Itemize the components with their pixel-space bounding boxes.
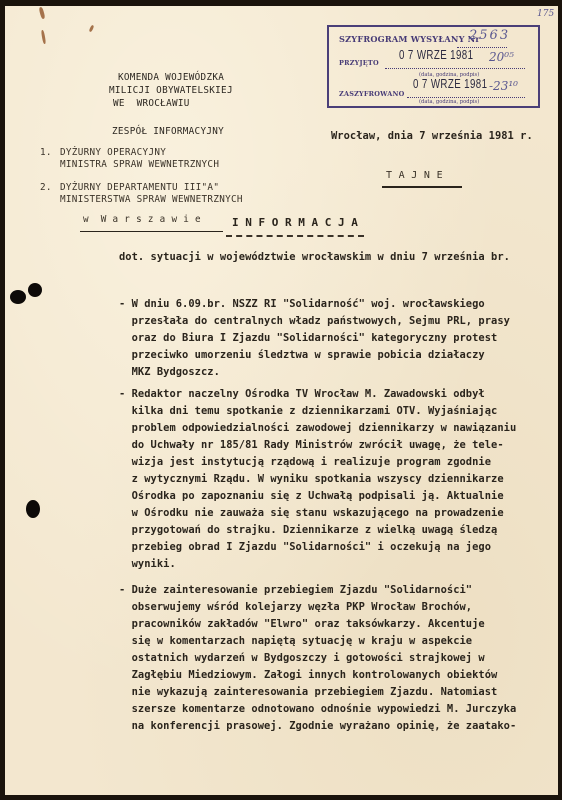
- recipient-2-number: 2.: [40, 182, 52, 193]
- document-title: I N F O R M A C J A: [232, 216, 358, 229]
- recipient-1-number: 1.: [40, 147, 52, 158]
- paragraph-line: z wytycznymi Rządu. W wyniku spotkania w…: [119, 473, 504, 485]
- paragraph-line: ostatnich wydarzeń w Bydgoszczy i gotowo…: [119, 652, 485, 664]
- received-time: 20⁰⁵: [489, 50, 514, 64]
- encrypted-date: 0 7 WRZE 1981: [413, 77, 487, 91]
- encrypted-label: ZASZYFROWANO: [339, 90, 404, 98]
- paragraph-line: do Uchwały nr 185/81 Rady Ministrów zwró…: [119, 439, 504, 451]
- classification: T A J N E: [386, 170, 443, 181]
- recipient-1-line2: MINISTRA SPRAW WEWNETRZNYCH: [60, 159, 219, 170]
- paragraph-line: - Duże zainteresowanie przebiegiem Zjazd…: [119, 584, 472, 596]
- punch-hole: [10, 290, 26, 304]
- encrypted-caption: (data, godzina, podpis): [419, 99, 479, 105]
- paragraph-line: przesłała do centralnych władz państwowy…: [119, 315, 510, 327]
- paragraph-line: obserwujemy wśród kolejarzy węzła PKP Wr…: [119, 601, 472, 613]
- received-label: PRZYJĘTO: [339, 59, 379, 67]
- classification-underline: [382, 186, 462, 188]
- punch-hole: [26, 500, 40, 518]
- cipher-stamp: SZYFROGRAM WYSYŁANY Nr 2563 PRZYJĘTO 0 7…: [327, 25, 540, 108]
- paragraph-line: przebieg obrad I Zjazdu "Solidarności" i…: [119, 541, 491, 553]
- document-subject: dot. sytuacji w województwie wrocławskim…: [119, 251, 510, 263]
- recipient-2-line1: DYŻURNY DEPARTAMENTU III"A": [60, 182, 219, 193]
- unit-name: ZESPÓŁ INFORMACYJNY: [112, 126, 224, 137]
- stamp-corner-note: 175: [537, 9, 554, 19]
- paragraph-line: problem odpowiedzialności zawodowej dzie…: [119, 422, 516, 434]
- received-line: [385, 68, 525, 69]
- org-name-line2: MILICJI OBYWATELSKIEJ: [109, 85, 233, 96]
- paragraph-line: kilka dni temu spotkanie z dziennikarzam…: [119, 405, 497, 417]
- paragraph-line: przeciwko umorzeniu śledztwa w sprawie p…: [119, 349, 485, 361]
- paragraph-line: - Redaktor naczelny Ośrodka TV Wrocław M…: [119, 388, 485, 400]
- paragraph-line: się w komentarzach napiętą sytuację w kr…: [119, 635, 472, 647]
- stamp-title: SZYFROGRAM WYSYŁANY Nr: [339, 34, 480, 44]
- place-and-date: Wrocław, dnia 7 września 1981 r.: [331, 130, 533, 142]
- encrypted-line: [407, 97, 525, 98]
- paragraph-line: pracowników zakładów "Elwro" oraz taksów…: [119, 618, 485, 630]
- paragraph-line: Ośrodka po zapoznaniu się z Uchwałą podp…: [119, 490, 504, 502]
- paper-stain: [89, 25, 95, 33]
- paragraph-line: wizja jest instytucją rządową i realizuj…: [119, 456, 491, 468]
- paragraph-line: oraz do Biura I Zjazdu "Solidarności" ka…: [119, 332, 497, 344]
- stamp-number: 2563: [469, 28, 510, 43]
- paragraph-line: MKZ Bydgoszcz.: [119, 366, 220, 378]
- received-date: 0 7 WRZE 1981: [399, 48, 473, 62]
- title-double-underline: [226, 235, 364, 237]
- punch-hole: [28, 283, 42, 297]
- encrypted-time: -23¹⁰: [489, 79, 518, 93]
- recipient-2-line2: MINISTERSTWA SPRAW WEWNETRZNYCH: [60, 194, 243, 205]
- paper-stain: [39, 7, 46, 20]
- paragraph-line: w Ośrodku nie zauważa się stanu wskazują…: [119, 507, 504, 519]
- city-underline: [80, 231, 223, 232]
- document-page: SZYFROGRAM WYSYŁANY Nr 2563 PRZYJĘTO 0 7…: [5, 6, 558, 795]
- recipient-city: w W a r s z a w i e: [83, 214, 201, 225]
- paragraph-line: - W dniu 6.09.br. NSZZ RI "Solidarność" …: [119, 298, 485, 310]
- paragraph-line: nie wykazują zainteresowania przebiegiem…: [119, 686, 497, 698]
- org-name-line3: WE WROCŁAWIU: [113, 98, 190, 109]
- paragraph-line: wyniki.: [119, 558, 176, 570]
- paper-stain: [41, 30, 46, 44]
- paragraph-line: szersze komentarze odnotowano odnośnie w…: [119, 703, 516, 715]
- paragraph-line: Zagłębiu Miedziowym. Załogi innych kontr…: [119, 669, 497, 681]
- paragraph-line: na konferencji prasowej. Zgodnie wyrażan…: [119, 720, 516, 732]
- org-name-line1: KOMENDA WOJEWÓDZKA: [118, 72, 224, 83]
- recipient-1-line1: DYŻURNY OPERACYJNY: [60, 147, 166, 158]
- paragraph-line: przygotowań do strajku. Dziennikarze z w…: [119, 524, 497, 536]
